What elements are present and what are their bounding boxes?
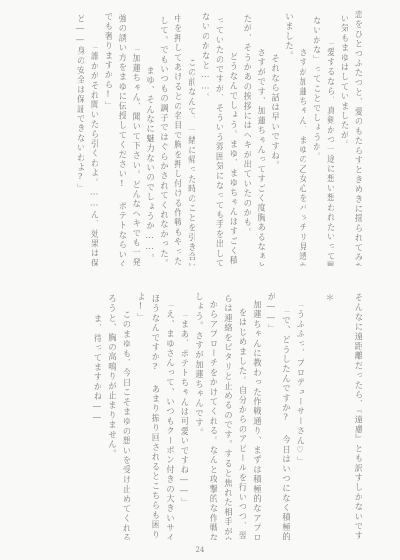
text-column: して。でもいつもの調子ではぐらかされてくれなかった。 [154,16,168,266]
text-column: しょう。さすが加蓮ちゃんです。 [188,292,203,540]
text-column: さすが加蓮ちゃん、まゆの乙女心をバッチリ見透かされて [293,48,307,266]
text-column: っていたのですが、そういう雰囲気になっても手を出してこ [209,16,223,266]
text-column: さすがです、加蓮ちゃんってすごく度胸あるなぁと思ってい [251,48,265,266]
text-column: 「え、まゆさんって、いつもクーポン付きの大きいサイズの [159,300,174,540]
blank-column [72,288,87,540]
text-column: からアプローチをかけてくれる。なんと攻撃的な作戦なんで [203,300,218,540]
text-column: ま、待ってますかね―― [87,314,102,540]
blank-column [304,288,319,540]
text-column: たが、そうかあの挨拶にはヘキが出ていたのかも。 [237,14,251,266]
text-column: 中を押してあげるとの名目で胸を押し付ける作戦もやったり [168,14,182,266]
text-column: 「加蓮ちゃん、聞いて下さい。どんなヘキでも一発という最 [126,44,140,266]
text-column: ないのかなと……。 [195,12,209,266]
text-column: まゆ、そんなに魅力ないのでしょうか……。 [140,66,154,266]
text-column: い気もまゆはしていましたが。 [334,14,348,266]
text-column: でも奢りますから!」 [98,12,112,266]
blank-column [58,288,73,540]
text-column: 「で、どうしたんですか? 今日はいつになく積極的です [275,306,290,540]
text-column: 加蓮ちゃんに教わった作戦通り、まずは積極的なアプローチ [246,300,261,540]
text-column: よ!」 [130,292,145,540]
text-column: いました。 [279,12,293,266]
text-column: ど――身の安全は保証できないわよ?」 [70,14,84,266]
text-column: らは連絡をピタリと止めるのです。すると焦れた相手が自分 [217,294,232,540]
text-column: をはじめました。自分からのアピールを行いつつ、翌日か [232,308,247,540]
text-column: それなら話は早いですね。 [265,54,279,266]
scene-break-asterisk: ＊ [319,293,334,540]
text-column: 「愛するなら、真剣かつ一途に想い想われたいって願うのは [320,38,334,266]
book-page: 恋をひとつふたつと、愛のもたらすときめきに揺られてみたい気もまゆはしていましたが… [0,0,400,560]
text-column: 恋をひとつふたつと、愛のもたらすときめきに揺られてみた [348,10,362,266]
text-column: ないかな」ってことでしょうか。 [306,16,320,266]
text-column: 強の誘い方をまゆに伝授してください! ポテトならいくら [112,14,126,266]
text-column: 「うふふっ、プロデューサーさん♡」 [290,300,305,540]
text-column: 「まあ、ポテトちゃんは可愛いですね――」 [174,310,189,540]
text-column: このまゆも、今日こそまゆの想いを受け止めてくれることだ [116,310,131,540]
page-number: 24 [0,546,400,554]
text-column: が――」 [261,292,276,540]
text-band-bottom: そんなに遠距離だったら、『遠慮』とも訳すしかないですね――＊「うふふっ、プロデュ… [57,288,362,540]
text-column: ろうと、胸の高鳴りが止まりません。 [101,294,116,540]
text-column: ほうなんですか? あまり振り回されるとこちらも困ります [145,294,160,540]
text-band-top: 恋をひとつふたつと、愛のもたらすときめきに揺られてみたい気もまゆはしていましたが… [57,8,362,266]
text-column: どうなんでしょう。まゆ、まゆちゃんはすごく積極的だと思 [223,52,237,266]
text-column: そんなに遠距離だったら、『遠慮』とも訳すしかないですね―― [348,293,363,540]
blank-column [333,288,348,540]
blank-column [57,8,70,266]
text-column: この前なんて、一緒に帰った時のことを引き合いに出し、背 [181,58,195,266]
text-column: 「誰かがそれ聞いたら引くわよ。……ん、効果は保証するけ [84,42,98,266]
